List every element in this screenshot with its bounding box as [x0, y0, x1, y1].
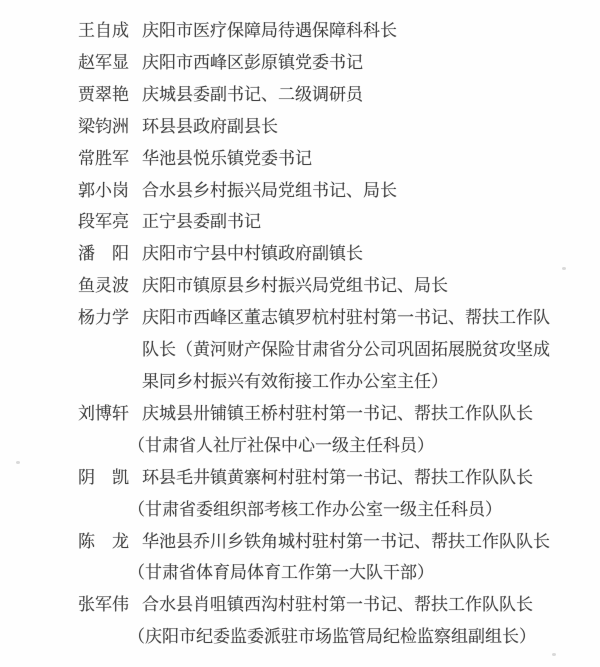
person-title-continuation-line: （庆阳市纪委监委派驻市场监管局纪检监察组副组长）	[128, 621, 600, 653]
person-title-line: 庆阳市医疗保障局待遇保障科科长	[142, 15, 600, 47]
scan-speck	[16, 461, 20, 464]
person-title-line: 合水县乡村振兴局党组书记、局长	[142, 175, 600, 207]
person-name: 段军亮	[78, 206, 142, 238]
roster-entry: 贾翠艳 庆城县委副书记、二级调研员	[0, 79, 600, 111]
person-title-line: 庆阳市西峰区彭原镇党委书记	[142, 47, 600, 79]
personnel-roster-list: 王自成 庆阳市医疗保障局待遇保障科科长 赵军显 庆阳市西峰区彭原镇党委书记 贾翠…	[0, 0, 600, 653]
scanned-document-page: 王自成 庆阳市医疗保障局待遇保障科科长 赵军显 庆阳市西峰区彭原镇党委书记 贾翠…	[0, 0, 600, 667]
person-name: 郭小岗	[78, 175, 142, 207]
person-name: 张军伟	[78, 589, 142, 621]
person-title-line: 庆城县委副书记、二级调研员	[142, 79, 600, 111]
roster-entry: 张军伟 合水县肖咀镇西沟村驻村第一书记、帮扶工作队队长（庆阳市纪委监委派驻市场监…	[0, 589, 600, 653]
roster-entry: 段军亮 正宁县委副书记	[0, 206, 600, 238]
person-title-continuation-line: 果同乡村振兴有效衔接工作办公室主任）	[142, 366, 600, 398]
roster-entry: 陈 龙 华池县乔川乡铁角城村驻村第一书记、帮扶工作队队长（甘肃省体育局体育工作第…	[0, 526, 600, 590]
roster-entry: 杨力学 庆阳市西峰区董志镇罗杭村驻村第一书记、帮扶工作队队长（黄河财产保险甘肃省…	[0, 302, 600, 398]
person-name: 赵军显	[78, 47, 142, 79]
person-title-line: 正宁县委副书记	[142, 206, 600, 238]
person-name: 梁钧洲	[78, 111, 142, 143]
person-title-line: 庆阳市西峰区董志镇罗杭村驻村第一书记、帮扶工作队	[142, 302, 600, 334]
person-title-line: 华池县悦乐镇党委书记	[142, 143, 600, 175]
person-name: 杨力学	[78, 302, 142, 334]
person-title-continuation-line: （甘肃省人社厅社保中心一级主任科员）	[128, 430, 600, 462]
person-title-line: 庆阳市镇原县乡村振兴局党组书记、局长	[142, 270, 600, 302]
scan-speck	[552, 653, 556, 656]
person-name: 常胜军	[78, 143, 142, 175]
roster-entry: 鱼灵波 庆阳市镇原县乡村振兴局党组书记、局长	[0, 270, 600, 302]
person-name: 鱼灵波	[78, 270, 142, 302]
person-name: 陈 龙	[78, 526, 142, 558]
person-name: 贾翠艳	[78, 79, 142, 111]
roster-entry: 赵军显 庆阳市西峰区彭原镇党委书记	[0, 47, 600, 79]
roster-entry: 王自成 庆阳市医疗保障局待遇保障科科长	[0, 15, 600, 47]
person-title-line: 环县县政府副县长	[142, 111, 600, 143]
person-name: 王自成	[78, 15, 142, 47]
person-title-line: 庆阳市宁县中村镇政府副镇长	[142, 238, 600, 270]
roster-entry: 刘博轩 庆城县卅铺镇王桥村驻村第一书记、帮扶工作队队长（甘肃省人社厅社保中心一级…	[0, 398, 600, 462]
person-name: 刘博轩	[78, 398, 142, 430]
person-name: 潘 阳	[78, 238, 142, 270]
person-name: 阴 凯	[78, 462, 142, 494]
person-title-line: 庆城县卅铺镇王桥村驻村第一书记、帮扶工作队队长	[142, 398, 600, 430]
roster-entry: 郭小岗 合水县乡村振兴局党组书记、局长	[0, 175, 600, 207]
scan-speck	[562, 267, 566, 270]
roster-entry: 梁钧洲 环县县政府副县长	[0, 111, 600, 143]
roster-entry: 阴 凯 环县毛井镇黄寨柯村驻村第一书记、帮扶工作队队长（甘肃省委组织部考核工作办…	[0, 462, 600, 526]
roster-entry: 常胜军 华池县悦乐镇党委书记	[0, 143, 600, 175]
person-title-line: 华池县乔川乡铁角城村驻村第一书记、帮扶工作队队长	[142, 526, 600, 558]
person-title-continuation-line: （甘肃省体育局体育工作第一大队干部）	[128, 557, 600, 589]
person-title-continuation-line: 队长（黄河财产保险甘肃省分公司巩固拓展脱贫攻坚成	[142, 334, 600, 366]
roster-entry: 潘 阳 庆阳市宁县中村镇政府副镇长	[0, 238, 600, 270]
person-title-line: 合水县肖咀镇西沟村驻村第一书记、帮扶工作队队长	[142, 589, 600, 621]
person-title-line: 环县毛井镇黄寨柯村驻村第一书记、帮扶工作队队长	[142, 462, 600, 494]
person-title-continuation-line: （甘肃省委组织部考核工作办公室一级主任科员）	[128, 494, 600, 526]
